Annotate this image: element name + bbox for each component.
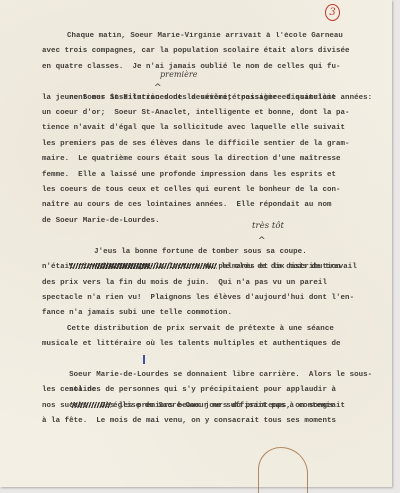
text-line-7: tience n'avait d'égal que la sollicitude…	[42, 121, 372, 136]
text-line-17: des prix vers la fin du mois de juin. Qu…	[42, 276, 372, 291]
text-line-19: fance n'a jamais subi une telle commotio…	[42, 306, 372, 321]
text-line-20: Cette distribution de prix servait de pr…	[42, 322, 372, 337]
handwritten-insert-tres-tot: très tôt	[252, 219, 284, 234]
text-line-24: les centaines de personnes qui s'y préci…	[42, 383, 372, 398]
page-number-circled: 3	[325, 4, 340, 21]
text-line-18: spectacle n'a rien vu! Plaignons les élè…	[42, 291, 372, 306]
text-line-22: Soeur Marie-de-Lourdes se donnaient libr…	[42, 353, 372, 368]
handwritten-insert-premiere: première	[160, 67, 198, 82]
text-line-26: à la fête. Le mois de mai venu, on y con…	[42, 414, 372, 429]
text-line-14: J'eus la bonne fortune de tomber sous sa…	[42, 229, 372, 244]
text-line-11: les coeurs de tous ceux et celles qui eu…	[42, 183, 372, 198]
text-line-4: rent mes institutrices des deuxième, tro…	[42, 75, 372, 90]
text-line-3: en quatre classes. Je n'ai jamais oublié…	[42, 60, 372, 75]
text-line-5: la jeune Soeur St-Hilarion dont la sévér…	[42, 91, 372, 106]
paper-stain	[258, 447, 308, 493]
text-line-8: les premiers pas de ses élèves dans le d…	[42, 137, 372, 152]
text-line-12: naître au cours de ces lointaines années…	[42, 198, 372, 213]
text-line-25: nos succès. Dès les premiers beaux jours…	[42, 399, 372, 414]
text-line-9: maire. Le quatrième cours était sous la …	[42, 152, 372, 167]
text-line-21: musicale et littéraire où les talents mu…	[42, 337, 372, 352]
typewritten-text: Chaque matin, Soeur Marie-Virginie arriv…	[42, 29, 372, 430]
text-line-6: un coeur d'or; Soeur St-Anaclet, intelli…	[42, 106, 372, 121]
text-line-15: le clou de dix mois de travail	[42, 245, 372, 260]
text-line-10: femme. Elle a laissé une profonde impres…	[42, 168, 372, 183]
document-page: 3 Chaque matin, Soeur Marie-Virginie arr…	[0, 0, 392, 487]
text-line-1: Chaque matin, Soeur Marie-Virginie arriv…	[42, 29, 372, 44]
text-line-2: avec trois compagnes, car la population …	[42, 44, 372, 59]
correction-mark	[143, 355, 145, 364]
text-line-23: sol de église du Sacré-Coeur ne suffisai…	[42, 368, 372, 383]
text-line-16: n'était rien d'autre que la lecture du p…	[42, 260, 372, 275]
text-line-13: de Soeur Marie-de-Lourdes.	[42, 214, 372, 229]
